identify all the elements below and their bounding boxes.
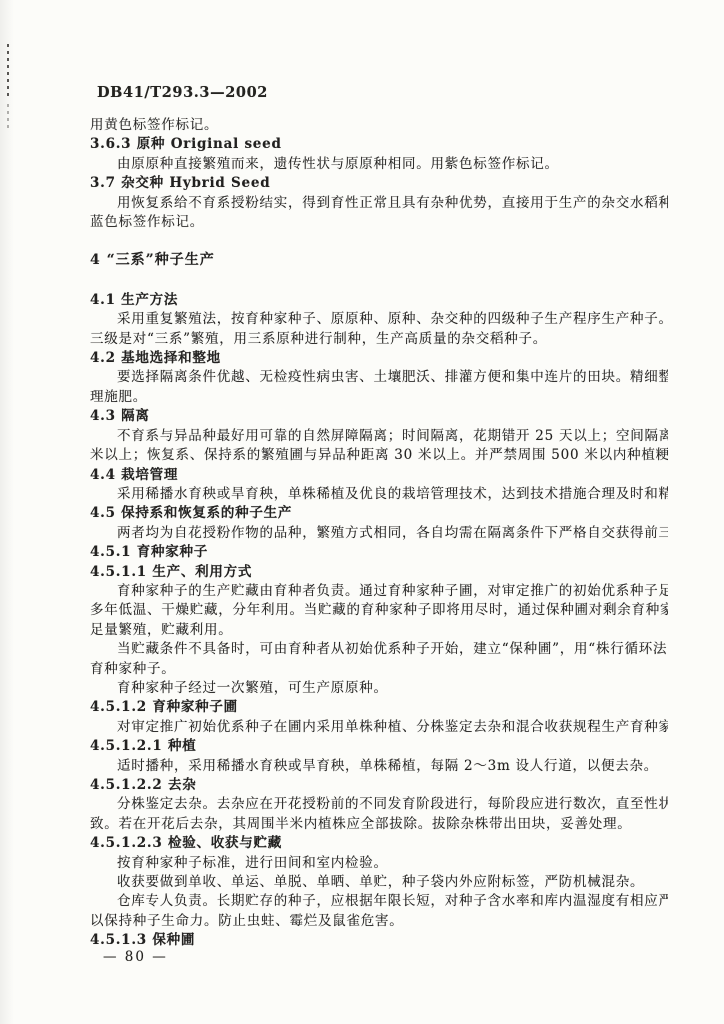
- paragraph: 按育种家种子标准，进行田间和室内检验。: [90, 854, 668, 873]
- section-heading: 4.5.1.2 育种家种子圃: [90, 698, 668, 717]
- section-heading: 3.6.3 原种 Original seed: [90, 135, 668, 154]
- text-line: 4.5.1.2.1 种植: [90, 737, 668, 756]
- text-line: 用恢复系给不育系授粉结实，得到育性正常且具有杂种优势，直接用于生产的杂交水稻种子…: [90, 194, 668, 213]
- paragraph: 要选择隔离条件优越、无检疫性病虫害、土壤肥沃、排灌方便和集中连片的田块。精细整地…: [90, 368, 668, 407]
- section-heading: 4.3 隔离: [90, 407, 668, 426]
- section-heading: 4.5.1.2.1 种植: [90, 737, 668, 756]
- section-heading: 3.7 杂交种 Hybrid Seed: [90, 174, 668, 193]
- paragraph: 育种家种子的生产贮藏由育种者负责。通过育种家种子圃，对审定推广的初始优系种子足量…: [90, 582, 668, 640]
- text-line: 4.5.1.2.2 去杂: [90, 776, 668, 795]
- text-line: 足量繁殖，贮藏利用。: [90, 621, 668, 640]
- text-line: 4.5.1 育种家种子: [90, 543, 668, 562]
- section-heading: 4.5.1.1 生产、利用方式: [90, 563, 668, 582]
- text-line: 4.5.1.2 育种家种子圃: [90, 698, 668, 717]
- paragraph: 用黄色标签作标记。: [90, 116, 668, 135]
- text-line: 仓库专人负责。长期贮存的种子，应根据年限长短，对种子含水率和库内温湿度有相应严格…: [90, 892, 668, 911]
- text-line: 蓝色标签作标记。: [90, 213, 668, 232]
- text-line: 4.4 栽培管理: [90, 466, 668, 485]
- section-heading: 4.5.1.2.3 检验、收获与贮藏: [90, 834, 668, 853]
- text-line: 当贮藏条件不具备时，可由育种者从初始优系种子开始，建立“保种圃”，用“株行循环法…: [90, 640, 668, 659]
- scan-artifact-mark: [7, 44, 9, 96]
- paragraph: 用恢复系给不育系授粉结实，得到育性正常且具有杂种优势，直接用于生产的杂交水稻种子…: [90, 194, 668, 233]
- text-line: 4.5 保持系和恢复系的种子生产: [90, 504, 668, 523]
- text-line: 4.1 生产方法: [90, 291, 668, 310]
- paragraph: 不育系与异品种最好用可靠的自然屏障隔离；时间隔离，花期错开 25 天以上；空间隔…: [90, 427, 668, 466]
- text-line: 适时播种，采用稀播水育秧或旱育秧，单株稀植，每隔 2～3m 设人行道，以便去杂。: [90, 757, 668, 776]
- text-line: 3.6.3 原种 Original seed: [90, 135, 668, 154]
- paragraph: 两者均为自花授粉作物的品种，繁殖方式相同，各自均需在隔离条件下严格自交获得前三级…: [90, 524, 668, 543]
- text-line: 育种家种子经过一次繁殖，可生产原原种。: [90, 679, 668, 698]
- text-line: 4 “三系”种子生产: [90, 251, 668, 270]
- text-line: 两者均为自花授粉作物的品种，繁殖方式相同，各自均需在隔离条件下严格自交获得前三级…: [90, 524, 668, 543]
- section-heading: 4.5.1 育种家种子: [90, 543, 668, 562]
- text-line: 理施肥。: [90, 388, 668, 407]
- text-line: 对审定推广初始优系种子在圃内采用单株种植、分株鉴定去杂和混合收获规程生产育种家种…: [90, 718, 668, 737]
- text-line: 分株鉴定去杂。去杂应在开花授粉前的不同发育阶段进行，每阶段应进行数次，直至性状典…: [90, 795, 668, 814]
- text-line: 按育种家种子标准，进行田间和室内检验。: [90, 854, 668, 873]
- document-content: 用黄色标签作标记。3.6.3 原种 Original seed由原原种直接繁殖而…: [90, 116, 668, 951]
- section-heading: 4.4 栽培管理: [90, 466, 668, 485]
- text-line: 多年低温、干燥贮藏，分年利用。当贮藏的育种家种子即将用尽时，通过保种圃对剩余育种…: [90, 601, 668, 620]
- section-heading: 4.5.1.3 保种圃: [90, 931, 668, 950]
- text-line: 不育系与异品种最好用可靠的自然屏障隔离；时间隔离，花期错开 25 天以上；空间隔…: [90, 427, 668, 446]
- text-line: 4.5.1.3 保种圃: [90, 931, 668, 950]
- paragraph: 育种家种子经过一次繁殖，可生产原原种。: [90, 679, 668, 698]
- text-line: 4.5.1.2.3 检验、收获与贮藏: [90, 834, 668, 853]
- paragraph: 当贮藏条件不具备时，可由育种者从初始优系种子开始，建立“保种圃”，用“株行循环法…: [90, 640, 668, 679]
- section-heading: 4.5 保持系和恢复系的种子生产: [90, 504, 668, 523]
- paragraph: 分株鉴定去杂。去杂应在开花授粉前的不同发育阶段进行，每阶段应进行数次，直至性状典…: [90, 795, 668, 834]
- text-line: 3.7 杂交种 Hybrid Seed: [90, 174, 668, 193]
- chapter-heading: 4 “三系”种子生产: [90, 251, 668, 270]
- paragraph: 对审定推广初始优系种子在圃内采用单株种植、分株鉴定去杂和混合收获规程生产育种家种…: [90, 718, 668, 737]
- text-line: 收获要做到单收、单运、单脱、单晒、单贮，种子袋内外应附标签，严防机械混杂。: [90, 873, 668, 892]
- text-line: 以保持种子生命力。防止虫蛀、霉烂及鼠雀危害。: [90, 912, 668, 931]
- paragraph: 由原原种直接繁殖而来，遗传性状与原原种相同。用紫色标签作标记。: [90, 155, 668, 174]
- text-line: 致。若在开花后去杂，其周围半米内植株应全部拔除。拔除杂株带出田块，妥善处理。: [90, 815, 668, 834]
- text-line: 采用稀播水育秧或旱育秧，单株稀植及优良的栽培管理技术，达到技术措施合理及时和精细…: [90, 485, 668, 504]
- standard-number: DB41/T293.3—2002: [97, 84, 268, 101]
- paragraph: 收获要做到单收、单运、单脱、单晒、单贮，种子袋内外应附标签，严防机械混杂。: [90, 873, 668, 892]
- text-line: 育种家种子的生产贮藏由育种者负责。通过育种家种子圃，对审定推广的初始优系种子足量…: [90, 582, 668, 601]
- document-page: DB41/T293.3—2002 用黄色标签作标记。3.6.3 原种 Origi…: [0, 0, 724, 1024]
- text-line: 用黄色标签作标记。: [90, 116, 668, 135]
- section-heading: 4.5.1.2.2 去杂: [90, 776, 668, 795]
- text-line: 米以上；恢复系、保持系的繁殖圃与异品种距离 30 米以上。并严禁周围 500 米…: [90, 446, 668, 465]
- text-line: 采用重复繁殖法，按育种家种子、原原种、原种、杂交种的四级种子生产程序生产种子。其…: [90, 310, 668, 329]
- paragraph: 采用重复繁殖法，按育种家种子、原原种、原种、杂交种的四级种子生产程序生产种子。其…: [90, 310, 668, 349]
- text-line: 4.3 隔离: [90, 407, 668, 426]
- text-line: 要选择隔离条件优越、无检疫性病虫害、土壤肥沃、排灌方便和集中连片的田块。精细整地…: [90, 368, 668, 387]
- scan-artifact-mark: [7, 104, 9, 128]
- text-line: 三级是对“三系”繁殖，用三系原种进行制种，生产高质量的杂交稻种子。: [90, 330, 668, 349]
- text-line: 由原原种直接繁殖而来，遗传性状与原原种相同。用紫色标签作标记。: [90, 155, 668, 174]
- page-number: — 80 —: [103, 949, 168, 965]
- section-heading: 4.2 基地选择和整地: [90, 349, 668, 368]
- paragraph: 仓库专人负责。长期贮存的种子，应根据年限长短，对种子含水率和库内温湿度有相应严格…: [90, 892, 668, 931]
- text-line: 育种家种子。: [90, 660, 668, 679]
- text-line: 4.5.1.1 生产、利用方式: [90, 563, 668, 582]
- text-line: 4.2 基地选择和整地: [90, 349, 668, 368]
- section-heading: 4.1 生产方法: [90, 291, 668, 310]
- paragraph: 采用稀播水育秧或旱育秧，单株稀植及优良的栽培管理技术，达到技术措施合理及时和精细…: [90, 485, 668, 504]
- paragraph: 适时播种，采用稀播水育秧或旱育秧，单株稀植，每隔 2～3m 设人行道，以便去杂。: [90, 757, 668, 776]
